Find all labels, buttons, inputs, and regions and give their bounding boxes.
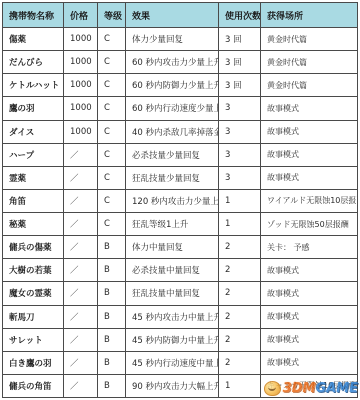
column-header-effect: 效果	[126, 3, 219, 28]
item-table: 携帯物名称价格等级效果使用次数获得场所 傷薬1000C体力少量回复3 回黄金时代…	[2, 2, 358, 398]
cell-name: 大樹の若葉	[3, 259, 64, 282]
cell-name: 傭兵の傷薬	[3, 236, 64, 259]
cell-name: 角笛	[3, 189, 64, 212]
table-row: 傷薬1000C体力少量回复3 回黄金时代篇	[3, 28, 358, 51]
cell-grade: C	[98, 189, 126, 212]
cell-grade: C	[98, 166, 126, 189]
cell-source: ゾッド无限蚀50层报酬	[261, 213, 358, 236]
cell-source: ワイアルド无限蚀10层报酬	[261, 189, 358, 212]
cell-effect: 必杀技量中量回复	[126, 259, 219, 282]
cell-source: キャスカ无限蚀10层报酬	[261, 374, 358, 397]
cell-uses: 3 回	[219, 74, 261, 97]
table-row: 角笛／C120 秒内攻击力少量上升1ワイアルド无限蚀10层报酬	[3, 189, 358, 212]
cell-effect: 60 秒内攻击力少量上升	[126, 51, 219, 74]
cell-effect: 体力少量回复	[126, 28, 219, 51]
cell-uses: 2	[219, 328, 261, 351]
cell-price: ／	[64, 374, 98, 397]
column-header-name: 携帯物名称	[3, 3, 64, 28]
cell-price: ／	[64, 259, 98, 282]
table-row: 大樹の若葉／B必杀技量中量回复2故事模式	[3, 259, 358, 282]
cell-price: 1000	[64, 120, 98, 143]
cell-name: 魔女の霊薬	[3, 282, 64, 305]
cell-price: ／	[64, 143, 98, 166]
cell-name: ケトルハット	[3, 74, 64, 97]
cell-source: 故事模式	[261, 305, 358, 328]
cell-source: 故事模式	[261, 97, 358, 120]
cell-effect: 狂乱技量少量回复	[126, 166, 219, 189]
cell-uses: 1	[219, 213, 261, 236]
cell-source: 故事模式	[261, 328, 358, 351]
cell-price: 1000	[64, 28, 98, 51]
table-row: 傭兵の角笛／B90 秒内攻击力大幅上升1キャスカ无限蚀10层报酬	[3, 374, 358, 397]
cell-grade: B	[98, 351, 126, 374]
cell-name: ダイス	[3, 120, 64, 143]
cell-name: 霊薬	[3, 166, 64, 189]
cell-name: だんびら	[3, 51, 64, 74]
cell-uses: 3	[219, 120, 261, 143]
table-body: 傷薬1000C体力少量回复3 回黄金时代篇だんびら1000C60 秒内攻击力少量…	[3, 28, 358, 398]
cell-uses: 2	[219, 259, 261, 282]
cell-effect: 狂乱等级1上升	[126, 213, 219, 236]
cell-name: 傷薬	[3, 28, 64, 51]
cell-effect: 45 秒内防御力中量上升	[126, 328, 219, 351]
cell-price: ／	[64, 305, 98, 328]
cell-source: 故事模式	[261, 282, 358, 305]
cell-grade: C	[98, 143, 126, 166]
cell-uses: 3 回	[219, 28, 261, 51]
cell-grade: B	[98, 374, 126, 397]
cell-grade: C	[98, 213, 126, 236]
cell-effect: 必杀技量少量回复	[126, 143, 219, 166]
cell-grade: C	[98, 97, 126, 120]
cell-source: 故事模式	[261, 259, 358, 282]
cell-source: 故事模式	[261, 143, 358, 166]
cell-grade: B	[98, 259, 126, 282]
cell-grade: C	[98, 74, 126, 97]
cell-source: 故事模式	[261, 120, 358, 143]
cell-price: ／	[64, 213, 98, 236]
cell-effect: 45 秒内攻击力中量上升	[126, 305, 219, 328]
cell-price: 1000	[64, 97, 98, 120]
column-header-price: 价格	[64, 3, 98, 28]
table-row: ケトルハット1000C60 秒内防御力少量上升3 回黄金时代篇	[3, 74, 358, 97]
cell-uses: 1	[219, 374, 261, 397]
table-row: 秘薬／C狂乱等级1上升1ゾッド无限蚀50层报酬	[3, 213, 358, 236]
cell-source: 故事模式	[261, 351, 358, 374]
cell-effect: 60 秒内防御力少量上升	[126, 74, 219, 97]
cell-name: 傭兵の角笛	[3, 374, 64, 397]
cell-price: ／	[64, 189, 98, 212]
cell-uses: 1	[219, 189, 261, 212]
cell-name: 白き鷹の羽	[3, 351, 64, 374]
cell-grade: C	[98, 51, 126, 74]
cell-name: 斬馬刀	[3, 305, 64, 328]
cell-uses: 2	[219, 305, 261, 328]
table-row: 霊薬／C狂乱技量少量回复3故事模式	[3, 166, 358, 189]
cell-uses: 2	[219, 351, 261, 374]
cell-uses: 3	[219, 97, 261, 120]
cell-source: 黄金时代篇	[261, 51, 358, 74]
cell-price: ／	[64, 236, 98, 259]
cell-grade: B	[98, 328, 126, 351]
column-header-grade: 等级	[98, 3, 126, 28]
cell-grade: B	[98, 282, 126, 305]
table-row: ハープ／C必杀技量少量回复3故事模式	[3, 143, 358, 166]
cell-price: ／	[64, 166, 98, 189]
cell-effect: 60 秒内行动速度少量上升	[126, 97, 219, 120]
table-header: 携帯物名称价格等级效果使用次数获得场所	[3, 3, 358, 28]
header-row: 携帯物名称价格等级效果使用次数获得场所	[3, 3, 358, 28]
cell-uses: 2	[219, 236, 261, 259]
cell-grade: C	[98, 120, 126, 143]
table-row: ダイス1000C40 秒内杀敌几率掉落金钱3故事模式	[3, 120, 358, 143]
cell-effect: 体力中量回复	[126, 236, 219, 259]
table-row: サレット／B45 秒内防御力中量上升2故事模式	[3, 328, 358, 351]
cell-name: 鷹の羽	[3, 97, 64, 120]
cell-source: 故事模式	[261, 166, 358, 189]
cell-uses: 2	[219, 282, 261, 305]
cell-source: 黄金时代篇	[261, 28, 358, 51]
cell-uses: 3	[219, 166, 261, 189]
table-row: だんびら1000C60 秒内攻击力少量上升3 回黄金时代篇	[3, 51, 358, 74]
cell-source: 关卡： 予感	[261, 236, 358, 259]
cell-effect: 狂乱技量中量回复	[126, 282, 219, 305]
cell-source: 黄金时代篇	[261, 74, 358, 97]
cell-name: サレット	[3, 328, 64, 351]
table-row: 白き鷹の羽／B45 秒内行动速度中量上升2故事模式	[3, 351, 358, 374]
item-table-container: 携帯物名称价格等级效果使用次数获得场所 傷薬1000C体力少量回复3 回黄金时代…	[2, 2, 357, 398]
cell-price: 1000	[64, 51, 98, 74]
cell-effect: 120 秒内攻击力少量上升	[126, 189, 219, 212]
table-row: 斬馬刀／B45 秒内攻击力中量上升2故事模式	[3, 305, 358, 328]
cell-name: ハープ	[3, 143, 64, 166]
table-row: 傭兵の傷薬／B体力中量回复2关卡： 予感	[3, 236, 358, 259]
cell-effect: 90 秒内攻击力大幅上升	[126, 374, 219, 397]
cell-name: 秘薬	[3, 213, 64, 236]
cell-effect: 40 秒内杀敌几率掉落金钱	[126, 120, 219, 143]
table-row: 鷹の羽1000C60 秒内行动速度少量上升3故事模式	[3, 97, 358, 120]
cell-uses: 3 回	[219, 51, 261, 74]
cell-price: ／	[64, 328, 98, 351]
column-header-source: 获得场所	[261, 3, 358, 28]
column-header-uses: 使用次数	[219, 3, 261, 28]
cell-grade: B	[98, 305, 126, 328]
cell-price: ／	[64, 351, 98, 374]
cell-price: 1000	[64, 74, 98, 97]
cell-grade: B	[98, 236, 126, 259]
cell-effect: 45 秒内行动速度中量上升	[126, 351, 219, 374]
cell-grade: C	[98, 28, 126, 51]
cell-price: ／	[64, 282, 98, 305]
table-row: 魔女の霊薬／B狂乱技量中量回复2故事模式	[3, 282, 358, 305]
cell-uses: 3	[219, 143, 261, 166]
